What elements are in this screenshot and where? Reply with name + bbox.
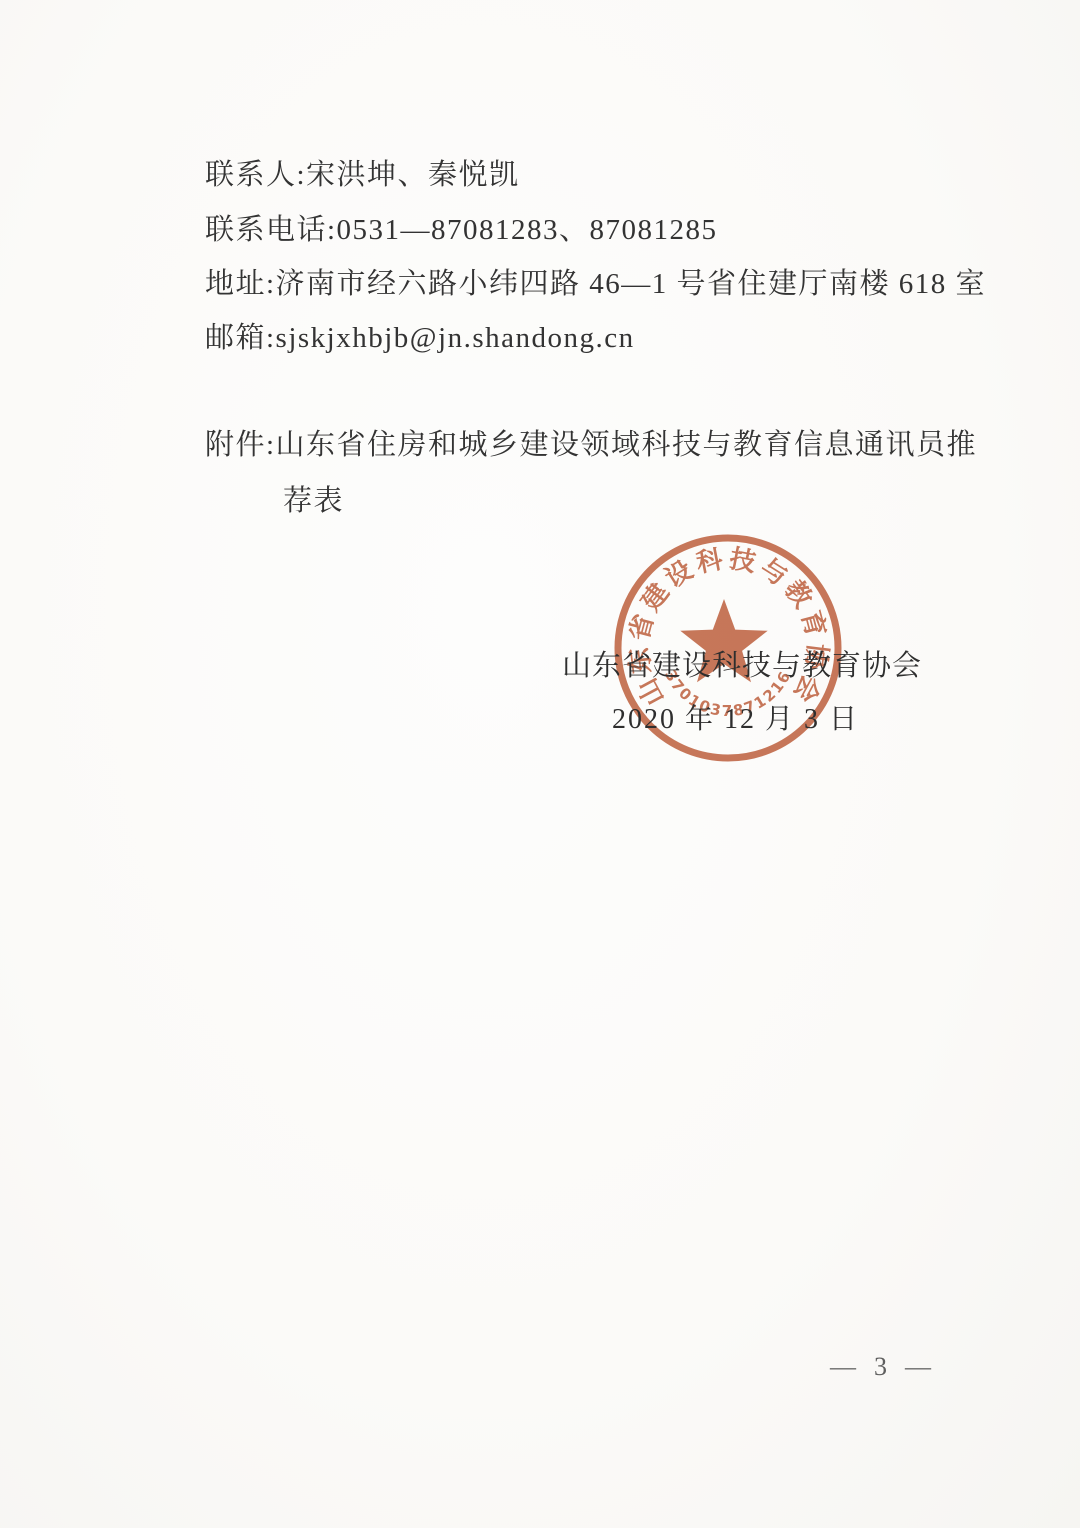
contact-person-line: 联系人:宋洪坤、秦悦凯	[205, 158, 520, 193]
page-number-left-dash: —	[830, 1352, 856, 1382]
attachment-line-2: 荐表	[283, 484, 344, 519]
contact-phone-line: 联系电话:0531—87081283、87081285	[205, 213, 718, 248]
contact-email-line: 邮箱:sjskjxhbjb@jn.shandong.cn	[205, 321, 635, 356]
document-page: 联系人:宋洪坤、秦悦凯 联系电话:0531—87081283、87081285 …	[0, 0, 1080, 1528]
contact-address-line: 地址:济南市经六路小纬四路 46—1 号省住建厅南楼 618 室	[205, 267, 986, 302]
page-number-right-dash: —	[905, 1352, 931, 1382]
attachment-line-1: 附件:山东省住房和城乡建设领域科技与教育信息通讯员推	[205, 428, 977, 463]
page-number-footer: — 3 —	[830, 1352, 931, 1382]
page-number: 3	[874, 1352, 887, 1382]
signature-date: 2020 年 12 月 3 日	[612, 697, 859, 737]
signature-organization: 山东省建设科技与教育协会	[562, 643, 922, 684]
